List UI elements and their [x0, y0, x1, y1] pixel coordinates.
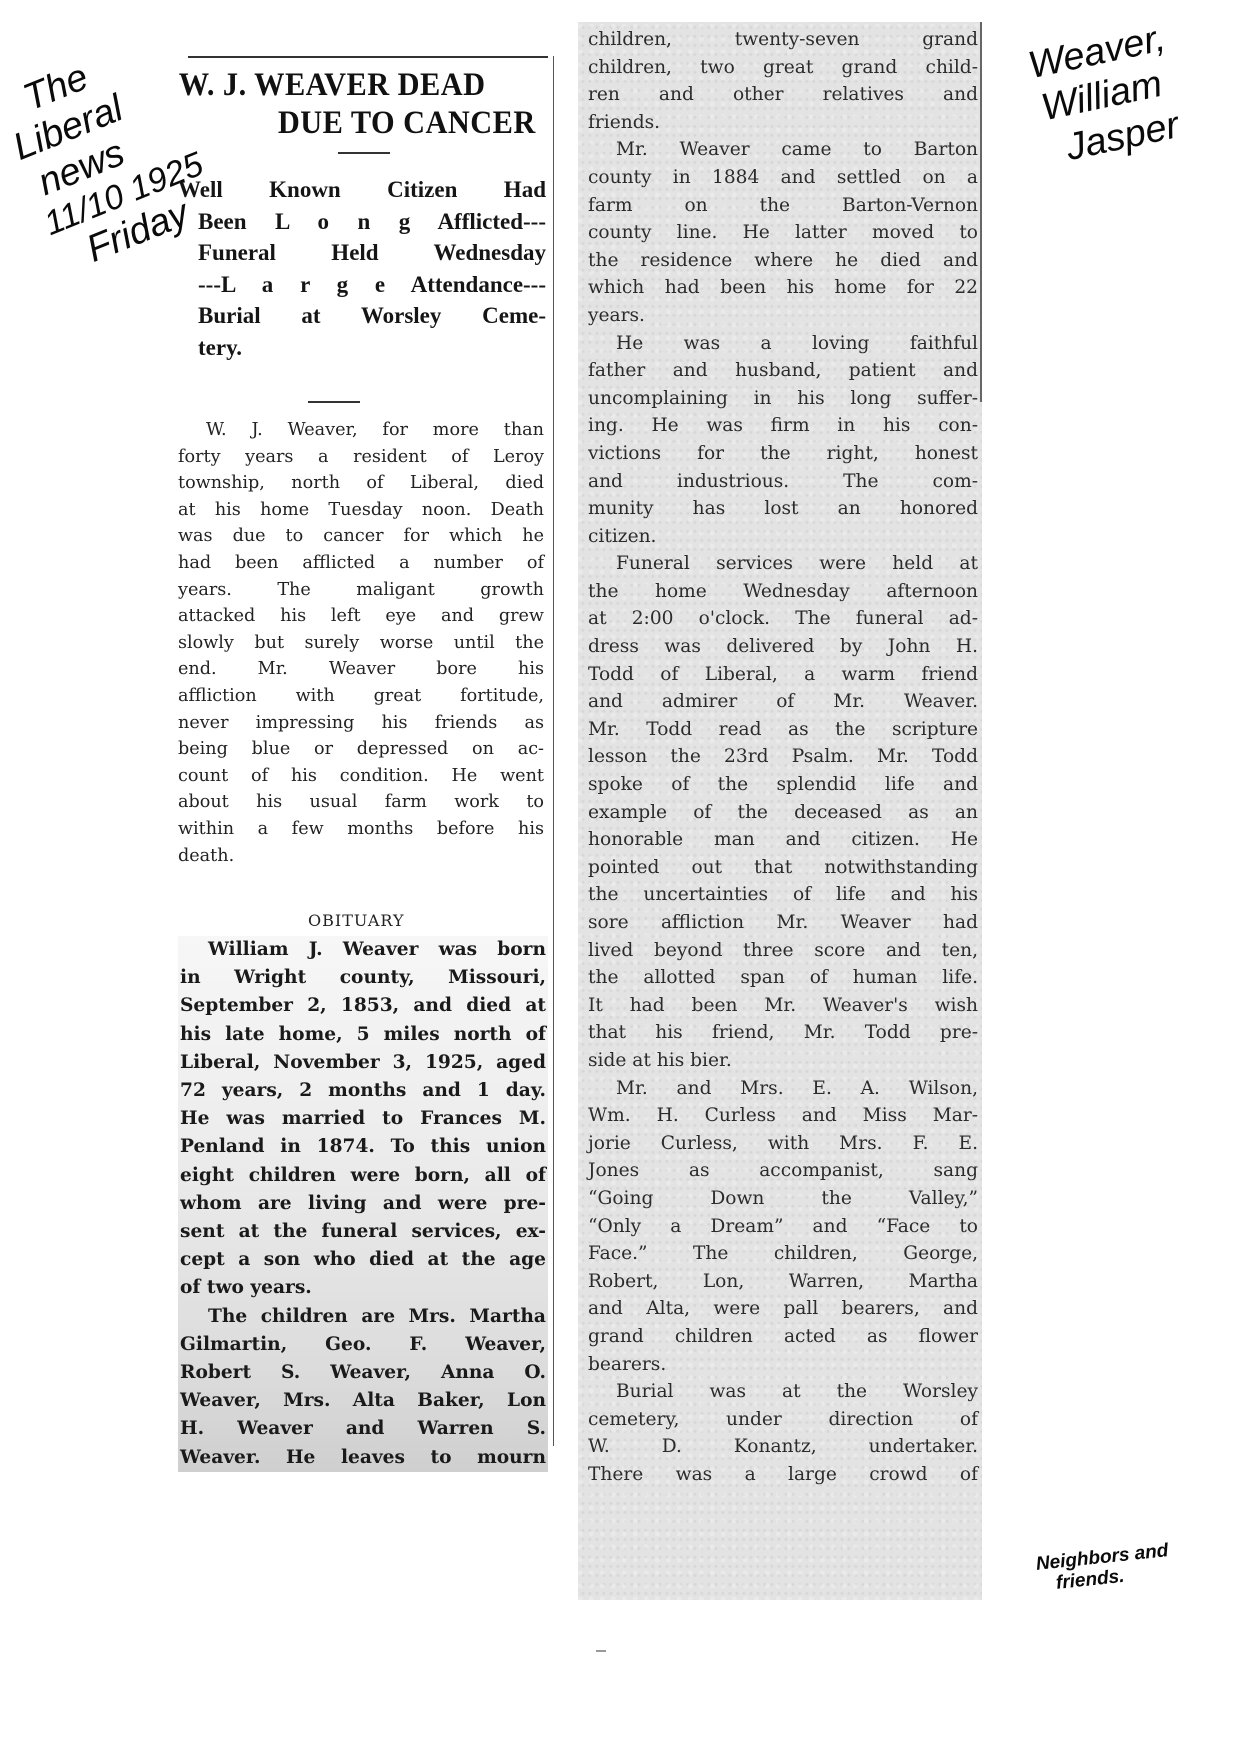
continuation-text: children, twenty-seven grandchildren, tw… — [588, 26, 978, 1488]
continuation-line: Wm. H. Curless and Miss Mar- — [588, 1102, 978, 1130]
continuation-line: honorable man and citizen. He — [588, 826, 978, 854]
continuation-line: Robert, Lon, Warren, Martha — [588, 1268, 978, 1296]
continuation-line: the residence where he died and — [588, 247, 978, 275]
continuation-line: lived beyond three score and ten, — [588, 937, 978, 965]
intro-line: end. Mr. Weaver bore his — [178, 656, 544, 683]
obituary-line: his late home, 5 miles north of — [180, 1021, 546, 1049]
obituary-line: Liberal, November 3, 1925, aged — [180, 1049, 546, 1077]
continuation-line: Jones as accompanist, sang — [588, 1157, 978, 1185]
subheadline-line: Well Known Citizen Had — [178, 174, 546, 206]
clipping-left-column: W. J. WEAVER DEAD DUE TO CANCER Well Kno… — [188, 56, 548, 1566]
obituary-line: H. Weaver and Warren S. — [180, 1415, 546, 1443]
continuation-line: Mr. and Mrs. E. A. Wilson, — [588, 1075, 978, 1103]
stray-mark — [596, 1650, 606, 1652]
continuation-line: the home Wednesday afternoon — [588, 578, 978, 606]
column-rule — [980, 22, 982, 402]
intro-line: about his usual farm work to — [178, 789, 544, 816]
continuation-line: the allotted span of human life. — [588, 964, 978, 992]
subheadline-line: tery. — [178, 332, 546, 364]
intro-line: attacked his left eye and grew — [178, 603, 544, 630]
continuation-line: ren and other relatives and — [588, 81, 978, 109]
continuation-line: bearers. — [588, 1351, 978, 1379]
intro-line: was due to cancer for which he — [178, 523, 544, 550]
clipping-right-column: children, twenty-seven grandchildren, tw… — [578, 22, 982, 1600]
intro-line: within a few months before his — [178, 816, 544, 843]
continuation-line: county line. He latter moved to — [588, 219, 978, 247]
top-rule — [188, 56, 548, 58]
intro-line: never impressing his friends as — [178, 710, 544, 737]
continuation-line: and admirer of Mr. Weaver. — [588, 688, 978, 716]
continuation-line: Face.” The children, George, — [588, 1240, 978, 1268]
intro-line: count of his condition. He went — [178, 763, 544, 790]
obituary-line: cept a son who died at the age — [180, 1246, 546, 1274]
intro-line: W. J. Weaver, for more than — [178, 417, 544, 444]
continuation-line: Mr. Todd read as the scripture — [588, 716, 978, 744]
intro-line: township, north of Liberal, died — [178, 470, 544, 497]
continuation-line: It had been Mr. Weaver's wish — [588, 992, 978, 1020]
divider — [338, 152, 390, 154]
continuation-line: Funeral services were held at — [588, 550, 978, 578]
obituary-line: The children are Mrs. Martha — [180, 1303, 546, 1331]
continuation-line: which had been his home for 22 — [588, 274, 978, 302]
obituary-line: Robert S. Weaver, Anna O. — [180, 1359, 546, 1387]
continuation-line: sore affliction Mr. Weaver had — [588, 909, 978, 937]
continuation-line: cemetery, under direction of — [588, 1406, 978, 1434]
divider — [308, 401, 360, 403]
continuation-line: ing. He was firm in his con- — [588, 412, 978, 440]
continuation-line: farm on the Barton-Vernon — [588, 192, 978, 220]
intro-line: death. — [178, 843, 544, 870]
intro-paragraph: W. J. Weaver, for more thanforty years a… — [178, 417, 544, 869]
intro-line: forty years a resident of Leroy — [178, 444, 544, 471]
intro-line: years. The maligant growth — [178, 577, 544, 604]
obituary-label: OBITUARY — [308, 911, 405, 930]
continuation-line: and industrious. The com- — [588, 468, 978, 496]
continuation-line: munity has lost an honored — [588, 495, 978, 523]
continuation-line: example of the deceased as an — [588, 799, 978, 827]
continuation-line: Burial was at the Worsley — [588, 1378, 978, 1406]
column-rule — [553, 56, 554, 1446]
continuation-line: the uncertainties of life and his — [588, 881, 978, 909]
continuation-line: and Alta, were pall bearers, and — [588, 1295, 978, 1323]
subheadline-line: Burial at Worsley Ceme- — [178, 300, 546, 332]
continuation-line: spoke of the splendid life and — [588, 771, 978, 799]
obituary-line: of two years. — [180, 1274, 546, 1302]
continuation-line: There was a large crowd of — [588, 1461, 978, 1489]
intro-line: had been afflicted a number of — [178, 550, 544, 577]
continuation-line: lesson the 23rd Psalm. Mr. Todd — [588, 743, 978, 771]
obituary-line: 72 years, 2 months and 1 day. — [180, 1077, 546, 1105]
continuation-line: children, two great grand child- — [588, 54, 978, 82]
obituary-line: in Wright county, Missouri, — [180, 964, 546, 992]
continuation-line: uncomplaining in his long suffer- — [588, 385, 978, 413]
continuation-line: Todd of Liberal, a warm friend — [588, 661, 978, 689]
continuation-line: Mr. Weaver came to Barton — [588, 136, 978, 164]
continuation-line: dress was delivered by John H. — [588, 633, 978, 661]
obituary-line: Penland in 1874. To this union — [180, 1133, 546, 1161]
obituary-line: William J. Weaver was born — [180, 936, 546, 964]
continuation-line: jorie Curless, with Mrs. F. E. — [588, 1130, 978, 1158]
obituary-line: whom are living and were pre- — [180, 1190, 546, 1218]
continuation-line: “Only a Dream” and “Face to — [588, 1213, 978, 1241]
intro-line: at his home Tuesday noon. Death — [178, 497, 544, 524]
continuation-line: W. D. Konantz, undertaker. — [588, 1433, 978, 1461]
subheadline-line: Funeral Held Wednesday — [178, 237, 546, 269]
continuation-line: at 2:00 o'clock. The funeral ad- — [588, 605, 978, 633]
continuation-line: father and husband, patient and — [588, 357, 978, 385]
obituary-line: September 2, 1853, and died at — [180, 992, 546, 1020]
subheadline: Well Known Citizen HadBeen L o n g Affli… — [178, 174, 546, 363]
continuation-line: pointed out that notwithstanding — [588, 854, 978, 882]
intro-line: being blue or depressed on ac- — [178, 736, 544, 763]
obituary-line: sent at the funeral services, ex- — [180, 1218, 546, 1246]
continuation-line: children, twenty-seven grand — [588, 26, 978, 54]
obituary-line: Weaver. He leaves to mourn — [180, 1444, 546, 1472]
continuation-line: victions for the right, honest — [588, 440, 978, 468]
obituary-body: William J. Weaver was bornin Wright coun… — [178, 936, 548, 1472]
headline-line-1: W. J. WEAVER DEAD — [179, 66, 512, 104]
continuation-line: “Going Down the Valley,” — [588, 1185, 978, 1213]
continuation-line: years. — [588, 302, 978, 330]
continuation-line: citizen. — [588, 523, 978, 551]
handwritten-name-note: Weaver,WilliamJasper — [1025, 19, 1187, 171]
obituary-line: He was married to Frances M. — [180, 1105, 546, 1133]
continuation-line: friends. — [588, 109, 978, 137]
intro-line: affliction with great fortitude, — [178, 683, 544, 710]
intro-line: slowly but surely worse until the — [178, 630, 544, 657]
continuation-line: grand children acted as flower — [588, 1323, 978, 1351]
obituary-line: Gilmartin, Geo. F. Weaver, — [180, 1331, 546, 1359]
continuation-line: that his friend, Mr. Todd pre- — [588, 1019, 978, 1047]
handwritten-completion-note: Neighbors andfriends. — [1035, 1541, 1171, 1595]
obituary-line: Weaver, Mrs. Alta Baker, Lon — [180, 1387, 546, 1415]
subheadline-line: Been L o n g Afflicted--- — [178, 206, 546, 238]
obituary-line: eight children were born, all of — [180, 1162, 546, 1190]
headline-line-2: DUE TO CANCER — [188, 104, 536, 142]
continuation-line: side at his bier. — [588, 1047, 978, 1075]
continuation-line: county in 1884 and settled on a — [588, 164, 978, 192]
subheadline-line: ---L a r g e Attendance--- — [178, 269, 546, 301]
continuation-line: He was a loving faithful — [588, 330, 978, 358]
headline: W. J. WEAVER DEAD DUE TO CANCER — [188, 66, 512, 142]
